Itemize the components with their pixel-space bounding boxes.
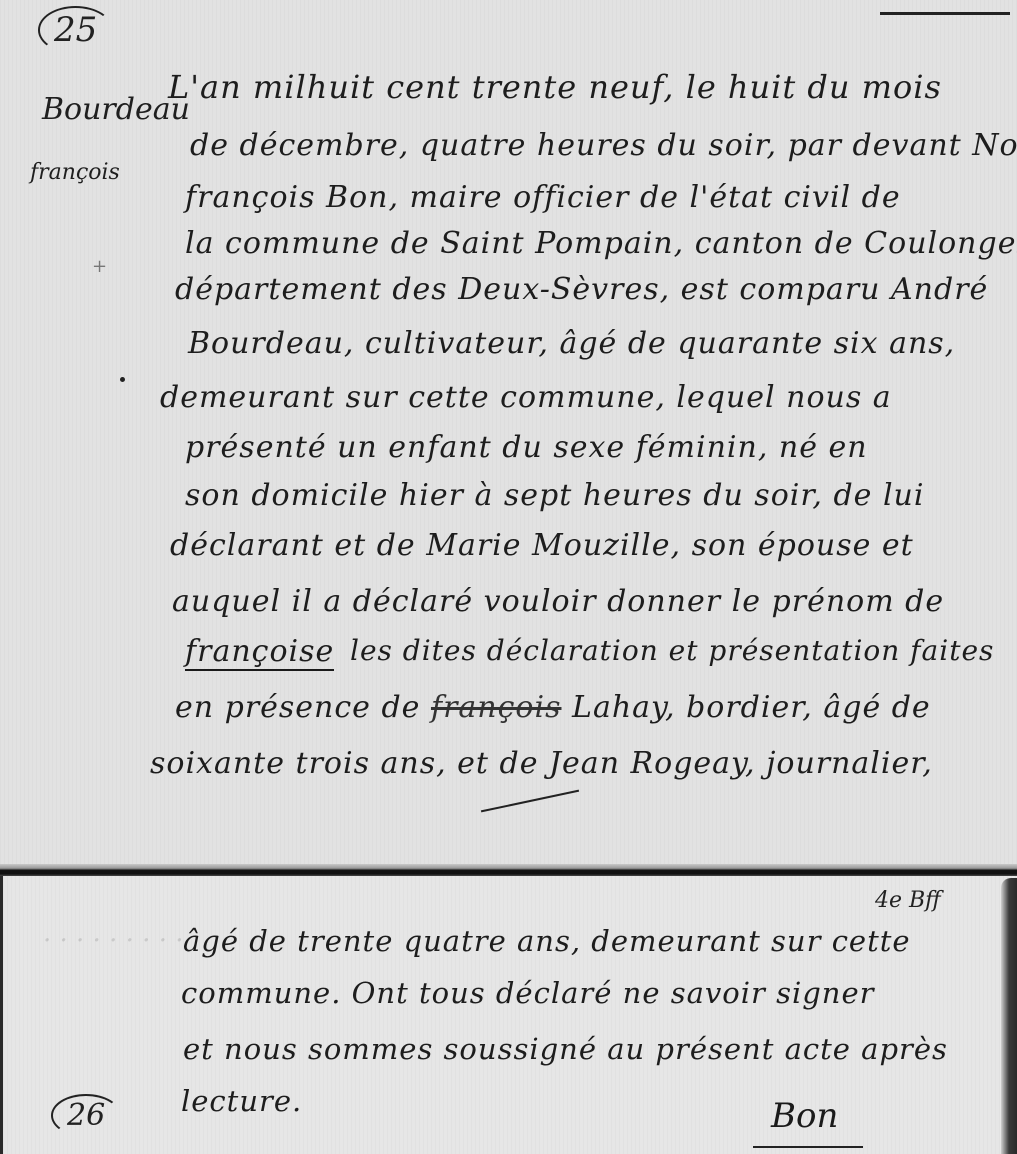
- text-line-16: commune. Ont tous déclaré ne savoir sign…: [181, 976, 875, 1010]
- struck-word: françois: [431, 690, 562, 725]
- text-line-9: son domicile hier à sept heures du soir,…: [185, 478, 924, 513]
- given-name-underlined: françoise: [185, 634, 334, 671]
- register-page-top: 25 Bourdeau françois + L'an milhuit cent…: [0, 0, 1017, 868]
- text-line-1: L'an milhuit cent trente neuf, le huit d…: [168, 68, 942, 106]
- text-line-10: déclarant et de Marie Mouzille, son épou…: [170, 528, 914, 563]
- next-entry-number-text: 26: [51, 1094, 121, 1137]
- text-line-3: françois Bon, maire officier de l'état c…: [185, 180, 901, 215]
- text-line-12-rest: les dites déclaration et présentation fa…: [350, 634, 994, 667]
- text-line-4: la commune de Saint Pompain, canton de C…: [185, 226, 1017, 261]
- folio-mark: 4e Bff: [875, 888, 941, 913]
- text-line-6: Bourdeau, cultivateur, âgé de quarante s…: [188, 326, 955, 361]
- margin-given-name: françois: [30, 160, 120, 185]
- text-line-5: département des Deux-Sèvres, est comparu…: [175, 272, 988, 307]
- text-line-14: soixante trois ans, et de Jean Rogeay, j…: [150, 746, 933, 781]
- text-line-8: présenté un enfant du sexe féminin, né e…: [185, 430, 868, 465]
- text-line-12: françoise: [185, 634, 334, 669]
- entry-number: 25: [38, 6, 113, 54]
- next-entry-number: 26: [51, 1094, 121, 1137]
- text-line-18: lecture.: [181, 1084, 302, 1118]
- entry-number-text: 25: [38, 6, 113, 54]
- top-right-flourish: [880, 12, 1010, 15]
- text-line-13: en présence de françois Lahay, bordier, …: [175, 690, 931, 725]
- text-line-15: âgé de trente quatre ans, demeurant sur …: [183, 924, 911, 958]
- ink-dot: [120, 377, 125, 382]
- text-line-17: et nous sommes soussigné au présent acte…: [183, 1032, 948, 1066]
- end-flourish: [481, 790, 579, 813]
- text-line-7: demeurant sur cette commune, lequel nous…: [160, 380, 892, 415]
- margin-cross-mark: +: [92, 256, 107, 277]
- signature-flourish: [753, 1146, 863, 1148]
- bleed-through-text: · · · · · · · · ·: [43, 926, 184, 956]
- book-spine-edge: [1001, 878, 1017, 1154]
- register-page-bottom: · · · · · · · · · 4e Bff âgé de trente q…: [0, 876, 1017, 1154]
- mayor-signature: Bon: [771, 1096, 838, 1136]
- text-line-2: de décembre, quatre heures du soir, par …: [190, 128, 1017, 163]
- text-line-11: auquel il a déclaré vouloir donner le pr…: [172, 584, 944, 619]
